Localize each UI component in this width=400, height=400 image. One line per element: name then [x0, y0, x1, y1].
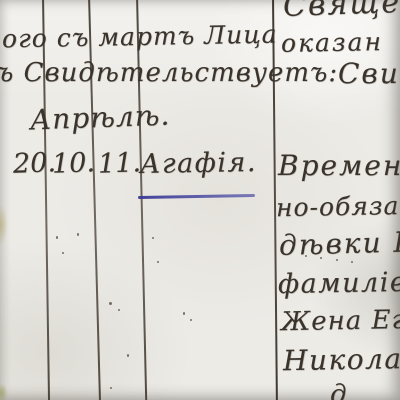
entry-date-col3: 11.: [98, 149, 142, 177]
scanned-register-page: Свяще ого съ мартъ Лица оказан ъ Свидѣте…: [0, 0, 400, 400]
handwriting-right-col-line6: Николае: [283, 345, 400, 375]
paper-stain-bottom-left: [0, 383, 8, 400]
handwriting-row2-right: оказан: [281, 29, 383, 56]
name-underline: [138, 194, 255, 199]
ink-speck: [56, 236, 58, 239]
ink-speck: [152, 237, 154, 239]
ink-speck: [127, 354, 129, 357]
paper-stain-left: [0, 204, 8, 246]
handwriting-top-right-fragment: Свяще: [283, 0, 400, 22]
handwriting-right-col-line1: Времени: [278, 152, 400, 180]
handwriting-right-col-line3: дѣвки Н: [279, 228, 400, 260]
ink-speck: [118, 309, 120, 311]
ink-speck: [183, 312, 185, 315]
ink-speck: [110, 387, 112, 389]
entry-name: Агафія.: [140, 149, 257, 178]
handwriting-right-col-line7-fragment: д: [330, 382, 346, 400]
ink-speck: [190, 319, 192, 321]
entry-date-col2: 10.: [52, 149, 96, 177]
handwriting-right-col-line5: Жена Его: [281, 307, 400, 335]
handwriting-right-col-line4: фамилiе: [278, 269, 400, 298]
ink-speck: [62, 252, 64, 254]
ink-speck: [109, 302, 112, 305]
ink-speck: [77, 233, 79, 236]
ink-speck: [320, 257, 322, 259]
ink-speck: [336, 259, 338, 261]
ink-speck: [157, 261, 159, 263]
handwriting-row3-left: ъ Свидѣтельствуетъ:: [0, 60, 338, 86]
handwriting-row2-left: ого съ мартъ Лица: [2, 22, 278, 52]
entry-date-col1: 20.: [13, 149, 57, 177]
handwriting-right-col-line2: но-обязан: [276, 193, 400, 220]
ink-speck: [351, 261, 353, 263]
handwriting-row3-right: Сви: [338, 60, 400, 88]
ink-speck: [305, 255, 307, 257]
handwriting-month: Апрѣлѣ.: [30, 102, 171, 135]
